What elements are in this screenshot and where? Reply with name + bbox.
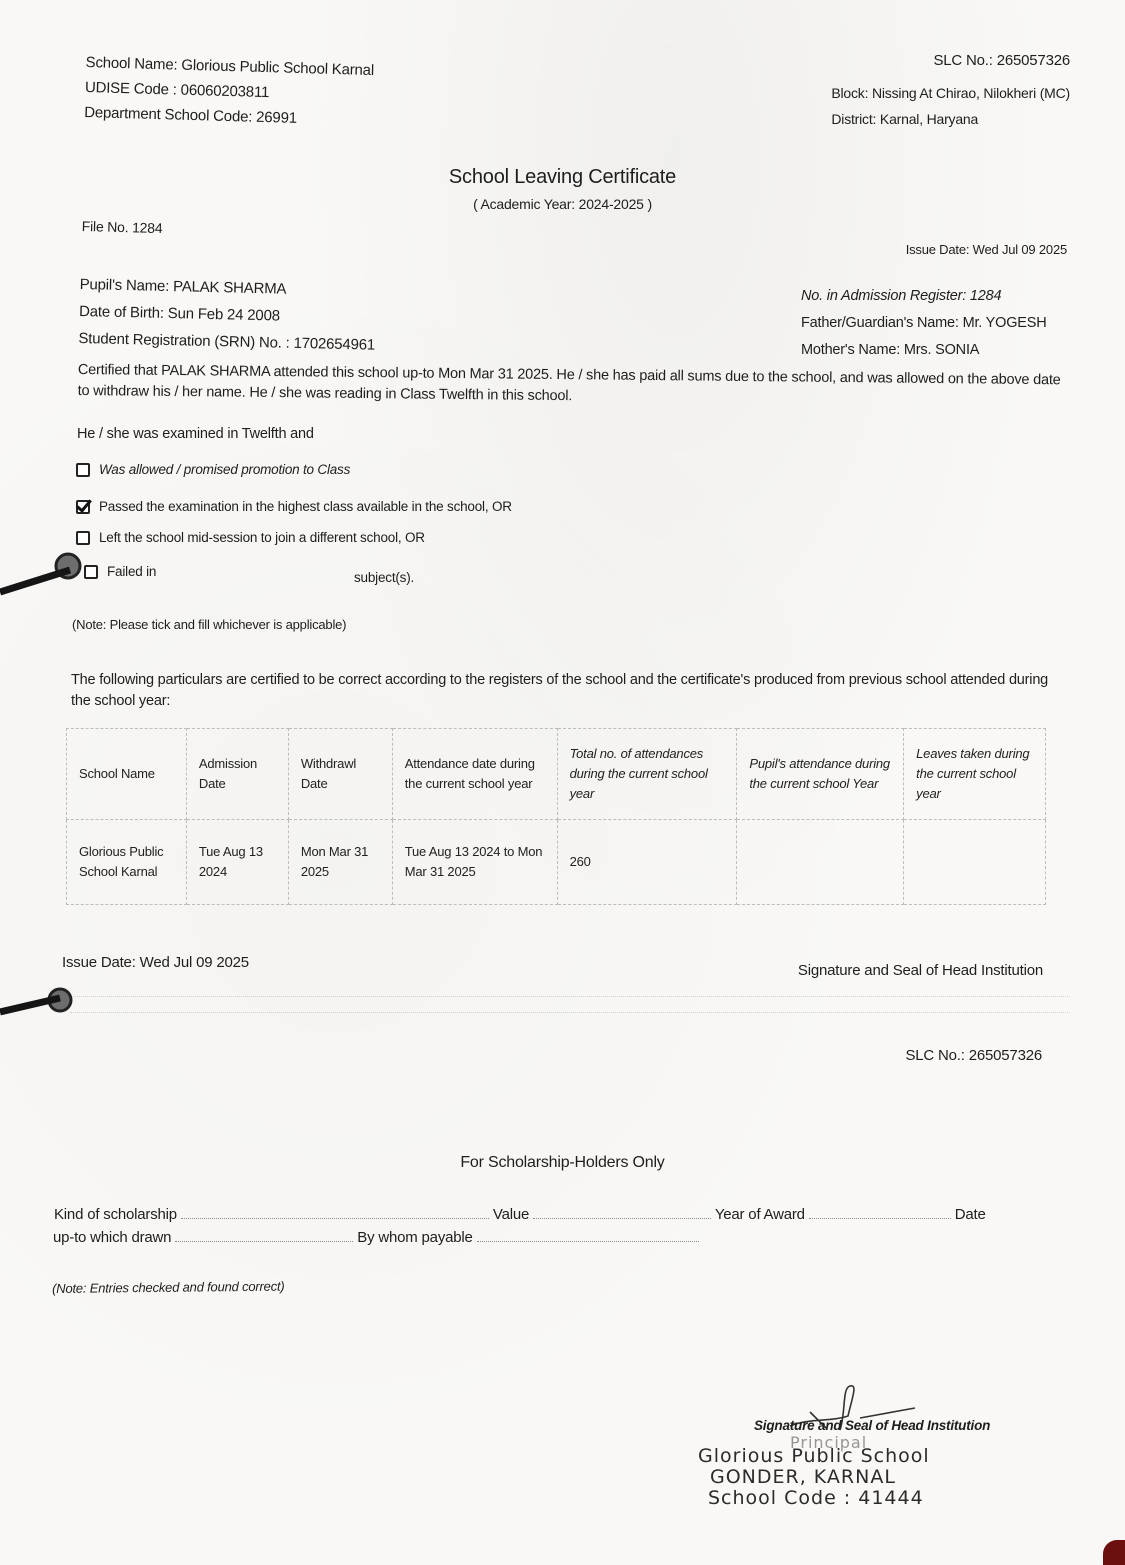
school-stamp: Principal Glorious Public School GONDER,… (698, 1446, 930, 1509)
cell-attendance-date: Tue Aug 13 2024 to Mon Mar 31 2025 (392, 820, 557, 905)
cell-total-attendances: 260 (557, 820, 737, 905)
srn-number: Student Registration (SRN) No. : 1702654… (78, 325, 375, 359)
option-left-midsession[interactable]: Left the school mid-session to join a di… (76, 530, 425, 545)
scholarship-row-1: Kind of scholarship Value Year of Award … (54, 1206, 986, 1223)
page-title: School Leaving Certificate (0, 166, 1125, 189)
checkbox-passed[interactable] (76, 500, 90, 514)
option-label: Left the school mid-session to join a di… (99, 530, 425, 545)
cut-line (70, 1012, 1070, 1013)
binder-clip-icon (0, 552, 95, 602)
block: Block: Nissing At Chirao, Nilokheri (MC) (831, 80, 1070, 106)
cut-line (70, 996, 1070, 997)
stamp-location: GONDER, KARNAL (698, 1467, 930, 1488)
parent-details: No. in Admission Register: 1284 Father/G… (801, 283, 1047, 364)
cell-pupil-attendance (737, 820, 904, 905)
header-attendance-date: Attendance date during the current schoo… (392, 729, 557, 820)
binder-clip-icon (0, 982, 80, 1022)
header-pupil-attendance: Pupil's attendance during the current sc… (737, 729, 904, 820)
father-name: Father/Guardian's Name: Mr. YOGESH (801, 310, 1047, 337)
issue-date-top: Issue Date: Wed Jul 09 2025 (906, 242, 1067, 257)
header-total-attendances: Total no. of attendances during the curr… (557, 729, 737, 820)
option-label: Failed in (107, 564, 156, 579)
payable-label: By whom payable (357, 1229, 472, 1246)
header-admission-date: Admission Date (186, 729, 288, 820)
date-label: Date (955, 1206, 986, 1223)
school-info: School Name: Glorious Public School Karn… (84, 50, 374, 133)
slc-number-bottom: SLC No.: 265057326 (905, 1047, 1042, 1064)
value-field[interactable] (533, 1206, 711, 1219)
issue-date-bottom: Issue Date: Wed Jul 09 2025 (62, 954, 249, 971)
header-leaves-taken: Leaves taken during the current school y… (904, 729, 1046, 820)
option-label: Was allowed / promised promotion to Clas… (99, 462, 350, 477)
table-header-row: School Name Admission Date Withdrawl Dat… (67, 729, 1046, 820)
page-corner (1103, 1540, 1125, 1565)
admission-register-number: No. in Admission Register: 1284 (801, 283, 1047, 310)
academic-year: ( Academic Year: 2024-2025 ) (0, 196, 1125, 212)
table-row: Glorious Public School Karnal Tue Aug 13… (67, 820, 1046, 905)
failed-subjects-suffix: subject(s). (354, 570, 414, 585)
year-label: Year of Award (715, 1206, 805, 1223)
cell-admission-date: Tue Aug 13 2024 (186, 820, 288, 905)
kind-field[interactable] (181, 1206, 489, 1219)
attendance-table: School Name Admission Date Withdrawl Dat… (66, 728, 1046, 905)
value-label: Value (493, 1206, 529, 1223)
checkbox-left-midsession[interactable] (76, 531, 90, 545)
entries-note: (Note: Entries checked and found correct… (52, 1279, 285, 1296)
certification-paragraph: Certified that PALAK SHARMA attended thi… (78, 360, 1068, 412)
slc-number: SLC No.: 265057326 (831, 50, 1070, 72)
scholarship-title: For Scholarship-Holders Only (0, 1154, 1125, 1172)
certificate-page: School Name: Glorious Public School Karn… (0, 0, 1125, 1565)
file-number: File No. 1284 (82, 218, 163, 236)
location-info: SLC No.: 265057326 Block: Nissing At Chi… (831, 50, 1070, 132)
header-withdrawl-date: Withdrawl Date (288, 729, 392, 820)
pupil-details: Pupil's Name: PALAK SHARMA Date of Birth… (78, 271, 376, 359)
option-passed[interactable]: Passed the examination in the highest cl… (76, 499, 512, 514)
cell-withdrawl-date: Mon Mar 31 2025 (288, 820, 392, 905)
option-promotion[interactable]: Was allowed / promised promotion to Clas… (76, 462, 350, 477)
header-school-name: School Name (67, 729, 187, 820)
payable-field[interactable] (477, 1229, 699, 1242)
option-label: Passed the examination in the highest cl… (99, 499, 512, 514)
cell-leaves-taken (904, 820, 1046, 905)
scholarship-row-2: up-to which drawn By whom payable (53, 1229, 699, 1246)
cell-school-name: Glorious Public School Karnal (67, 820, 187, 905)
stamp-code: School Code : 41444 (698, 1488, 930, 1509)
stamp-principal: Principal (790, 1432, 867, 1453)
examined-text: He / she was examined in Twelfth and (77, 426, 314, 442)
particulars-text: The following particulars are certified … (71, 670, 1061, 712)
signature-label-2: Signature and Seal of Head Institution (754, 1418, 990, 1433)
signature-label: Signature and Seal of Head Institution (798, 962, 1043, 979)
drawn-field[interactable] (175, 1229, 353, 1242)
kind-label: Kind of scholarship (54, 1206, 177, 1223)
year-field[interactable] (809, 1206, 951, 1219)
drawn-label: up-to which drawn (53, 1229, 171, 1246)
tick-note: (Note: Please tick and fill whichever is… (72, 617, 346, 632)
checkbox-promotion[interactable] (76, 463, 90, 477)
mother-name: Mother's Name: Mrs. SONIA (801, 337, 1047, 364)
district: District: Karnal, Haryana (831, 106, 1070, 132)
